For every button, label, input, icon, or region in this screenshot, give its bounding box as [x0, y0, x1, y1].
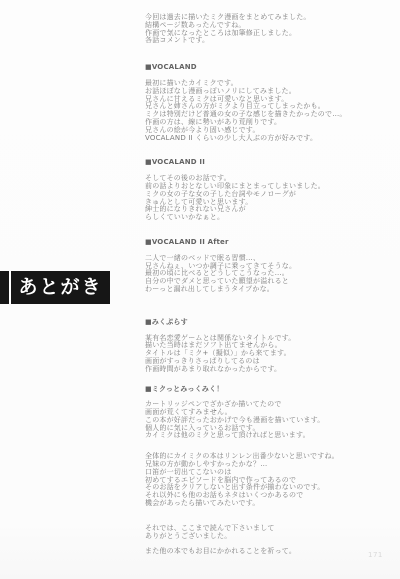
comment-section: また他の本でもお目にかかれることを祈って。	[145, 548, 385, 556]
comment-section: ■VOCALAND IIそしてその後のお話です。前の話よりおとなしい印象にまとま…	[145, 159, 385, 222]
afterword-title: あとがき	[11, 271, 110, 304]
text-line: ありがとうございました。	[145, 533, 385, 541]
section-header: ■VOCALAND II	[145, 159, 385, 167]
section-header: ■ミクっとみっくみく！	[145, 386, 385, 394]
comment-section: 今回は過去に描いたミク漫画をまとめてみました。結構ページ数あったんですね。作画で…	[145, 14, 385, 45]
afterword-text-column: 今回は過去に描いたミク漫画をまとめてみました。結構ページ数あったんですね。作画で…	[145, 0, 385, 556]
text-line: また他の本でもお目にかかれることを祈って。	[145, 548, 385, 556]
text-line: 作画時間があまり取れなかったからです。	[145, 366, 385, 374]
comment-section: ■みくぷらす某有名恋愛ゲームとは関係ないタイトルです。描いた当時はまだソフト出て…	[145, 319, 385, 374]
section-header: ■みくぷらす	[145, 319, 385, 327]
text-line: 機会があったら描いてみたいです。	[145, 500, 385, 508]
banner-edge-strip	[0, 271, 9, 304]
text-line: わーっと漏れ出してしまうタイプかな。	[145, 286, 385, 294]
afterword-banner: あとがき	[0, 271, 110, 304]
comment-section: 全体的にカイミクの本はリンレン出番少ないと思いですね。兄妹の方が動かしやすかった…	[145, 453, 385, 508]
comment-section: それでは、ここまで読んで下さいましてありがとうございました。	[145, 525, 385, 541]
comment-section: ■VOCALAND最初に描いたカイミクです。お話ほぼなし漫画っぽいノリにしてみま…	[145, 64, 385, 142]
text-line: カイミクは他のミクと思って頂ければと思います。	[145, 432, 385, 440]
text-line: らしくていいかなぁと。	[145, 214, 385, 222]
comment-section: ■VOCALAND II After二人で一緒のベッドで眠る習慣…、兄さんねぇ、…	[145, 239, 385, 294]
section-header: ■VOCALAND II After	[145, 239, 385, 247]
comment-section: ■ミクっとみっくみく！カートリッジペンでざかざか描いてたので画面が荒くてすみませ…	[145, 386, 385, 441]
page-number: 171	[368, 551, 383, 559]
text-line: VOCALAND II くらいの少し大人ぶの方が好みです。	[145, 135, 385, 143]
text-line: 各話コメントです。	[145, 37, 385, 45]
section-header: ■VOCALAND	[145, 64, 385, 72]
